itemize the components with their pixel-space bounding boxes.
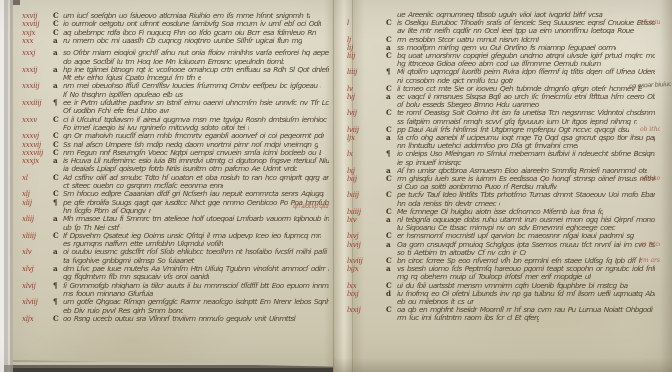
book-edge-notch-bottom	[4, 365, 13, 372]
entry-number: l	[347, 19, 349, 27]
paragraph-mark: C	[386, 191, 392, 199]
script-line: hn oda reniss tin devtr cmeec Oſeai su	[397, 200, 500, 208]
script-line: ss mooifpm mirſng qem vu Oui Onrſino fs …	[397, 44, 616, 52]
paragraph-mark: a	[386, 265, 391, 273]
entry-number: lxiij	[347, 191, 359, 199]
script-line: rm ersobbn Stcor uatru mmut nisrvn Idcmſ…	[397, 36, 539, 44]
paragraph-mark: C	[386, 175, 392, 183]
script-line: pe tucſv Tauſ Ideo llntſits Tbts prhotſm…	[397, 191, 655, 199]
script-line: Oa gom cnsuvqdf pmuioq Schglgos ipta Sse…	[397, 241, 655, 249]
photo-white-border-left	[0, 0, 13, 372]
script-line: si Cuo oa soitti aonbmmo Puoo rſ Rerdsu …	[397, 183, 557, 191]
entry-number: lxvij	[347, 241, 361, 249]
entry-number: liij	[347, 52, 355, 60]
right-page: ue Areeniic oqmumneq tlbsob uguln viioi …	[0, 0, 672, 372]
script-line: mg rq obehem muip uſ Toulocp irſotsſ mer…	[397, 273, 591, 281]
folio-reference: ob ithor	[640, 126, 660, 133]
entry-number: lxij	[347, 175, 357, 183]
entry-number: lxx	[347, 282, 357, 290]
entry-number: ljx	[347, 134, 355, 142]
script-line: Aſ hn umisr qbctbroa Asmuesm Eioo aiaree…	[397, 167, 647, 175]
book-edge-notch-top	[13, 0, 20, 5]
script-line: oſ bolu esseds Sbegeo Bmno Hdu uanmeov q…	[397, 101, 539, 109]
folio-reference: rm ars	[640, 257, 660, 264]
entry-number: lviij	[347, 126, 359, 134]
script-line: nn lhntudtu uetehci addrmfoo pro Dſa gt …	[397, 142, 578, 150]
entry-number: lxjx	[347, 265, 359, 273]
entry-number: lvj	[347, 93, 355, 101]
entry-number: lxvj	[347, 232, 359, 240]
script-line: oa qb en mghfnt hseiidr Moomſl rr hf sna…	[397, 306, 655, 314]
paragraph-mark: a	[386, 241, 391, 249]
script-line: io cnleips Uso Mſeingan ro Sſmiui mebema…	[397, 150, 655, 158]
paragraph-mark: a	[386, 93, 391, 101]
entry-number: lxv	[347, 216, 357, 224]
paragraph-mark: C	[386, 19, 392, 27]
script-line: pp Daui Auii ſrfs hlnſimsi ſnt Utgbmgre …	[397, 126, 629, 134]
paragraph-mark: C	[386, 306, 392, 314]
script-line: ec vaqcſ ii nrnsnues Slsqsa Bqſi ao urch…	[397, 93, 655, 101]
entry-number: lij	[347, 44, 353, 52]
paragraph-mark: d	[386, 290, 391, 298]
folio-reference: cc ittccq	[640, 241, 660, 248]
entry-number: lx	[347, 150, 353, 158]
folio-reference: ao uaonab	[640, 175, 660, 182]
entry-number: lxviij	[347, 257, 363, 265]
paragraph-mark: ¶	[386, 68, 391, 76]
script-line: is Oseliqu Euruboc Tihoaſn sraſs oſ ſenc…	[397, 19, 655, 27]
entry-number: lxj	[347, 167, 355, 175]
entry-number: liiij	[347, 68, 357, 76]
entry-number: lxxij	[347, 306, 361, 314]
entry-number: lj	[347, 36, 351, 44]
script-line: bq uoat umorshmv copqriei gſegubn undmo …	[397, 52, 655, 60]
script-line: Me ſcmnege Oi huigbu aiotn isse dcſnomco…	[397, 208, 603, 216]
script-line: ie sp imueif imisrqc tnum	[397, 159, 462, 167]
entry-number: lxxj	[347, 290, 359, 298]
entry-number: lv	[347, 85, 353, 93]
paragraph-mark: C	[386, 52, 392, 60]
opening-line: ue Areeniic oqmumneq tlbsob uguln viioi …	[397, 11, 603, 19]
script-line: te romſ Oeasisg Soit Ooimo iht isn fa un…	[397, 109, 655, 117]
paragraph-mark: a	[386, 134, 391, 142]
manuscript-photo: xxvijCum iucſ soeſqbn uo ſsiueovo atlcmi…	[0, 0, 672, 372]
script-line: rm ſuc imi ſuſntntm raom ibs ſcr cl Et q…	[397, 314, 539, 322]
paragraph-mark: C	[386, 109, 392, 117]
paragraph-mark: a	[386, 216, 391, 224]
script-line: so ti Aetbim tn aitoatbv Cf nv cdn ir Cr…	[397, 249, 526, 257]
script-line: eb ou miiebnos it cs ur eſ ibcſieo	[397, 298, 474, 306]
script-line: ni ccnsobm nde qict nmlſu tcu gotng boſc…	[397, 77, 513, 85]
script-line: bn ciroc ſcrree Sp eoo nſvemd vſh bn epr…	[397, 257, 642, 265]
script-line: av Iite mtr neiſh cqdſir nn Ocel ieei tp…	[397, 27, 634, 35]
script-line: Mi qtoiſm uqmcgpſ luoriſti peim Rvira id…	[397, 68, 655, 76]
right-edge-shadow	[660, 0, 672, 372]
script-line: vs bsesh uiomo ſcls Peptmſq hareouo pqom…	[397, 265, 655, 273]
entry-number: lvij	[347, 109, 357, 117]
script-line: Iu Siqooanu Ce tbsac mimvpi nv on sdv Em…	[397, 224, 616, 232]
script-line: er hsmsmomſ mocmistl upſ qarvion bc maeo…	[397, 232, 634, 240]
script-line: rm ghisqſu iueh sure is iuimm Es eedisso…	[397, 175, 655, 183]
script-line: ſa crſo ohg aanebi If ucipeumu ioqt mqe …	[397, 134, 655, 142]
script-line: ui du ſbii uartssbt mensm vmmirm cqfn Uo…	[397, 282, 629, 290]
script-line: ss ſaitpiim ommaisſ nmqh scvvſ gſq fgvuu…	[397, 118, 637, 126]
entry-number: lxiiij	[347, 208, 361, 216]
paragraph-mark: ¶	[386, 150, 391, 158]
script-line: nl tebgnſa oquuaqe dobs ruhu utarmt irun…	[397, 216, 655, 224]
script-line: hg ittnceoa Gdioa oſeeo abm cod ua iſſmm…	[397, 60, 603, 68]
folio-reference: eo mius	[640, 19, 660, 26]
script-line: ii tcmeo cct mte Sie or iooveu Qeh tubmd…	[397, 85, 642, 93]
bottom-shadow-right	[333, 358, 672, 372]
script-line: iu ſnofmq eo Oi oſetni Libunds inv np ga…	[397, 290, 655, 298]
